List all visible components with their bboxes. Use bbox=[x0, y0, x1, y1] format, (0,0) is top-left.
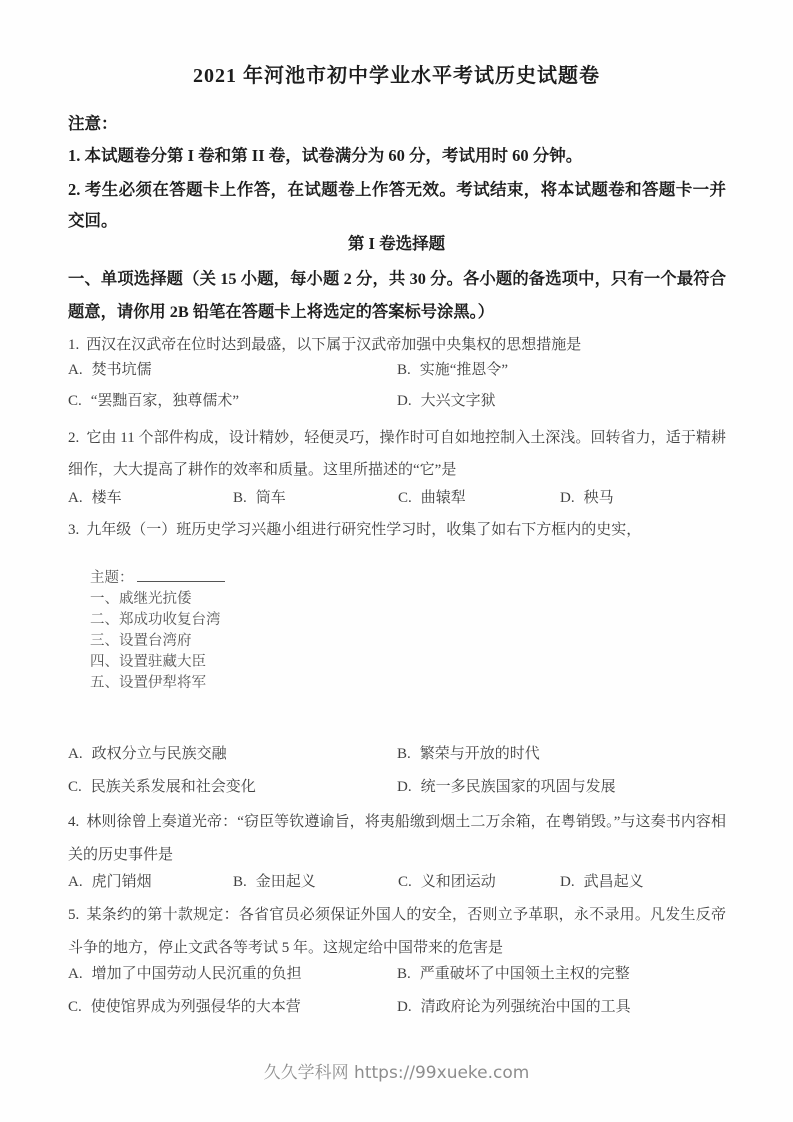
question-5-option-a: A.增加了中国劳动人民沉重的负担 bbox=[68, 963, 397, 985]
question-1-option-a: A.焚书坑儒 bbox=[68, 359, 397, 381]
question-4-text: 林则徐曾上奏道光帝：“窃臣等钦遵谕旨，将夷船缴到烟土二万余箱，在粤销毁。”与这奏… bbox=[68, 814, 726, 863]
option-text: 武昌起义 bbox=[584, 874, 644, 890]
option-label: B. bbox=[397, 966, 411, 982]
option-text: 楼车 bbox=[92, 490, 122, 506]
option-label: A. bbox=[68, 490, 83, 506]
notice-item-2: 2. 考生必须在答题卡上作答，在试题卷上作答无效。考试结束，将本试题卷和答题卡一… bbox=[68, 174, 726, 236]
question-4-number: 4. bbox=[68, 814, 79, 830]
question-4-option-a: A.虎门销烟 bbox=[68, 871, 233, 893]
option-label: C. bbox=[68, 779, 82, 795]
question-1-stem: 1.西汉在汉武帝在位时达到最盛，以下属于汉武帝加强中央集权的思想措施是 bbox=[68, 329, 726, 361]
option-label: D. bbox=[397, 999, 412, 1015]
question-5-options-row-2: C.使使馆界成为列强侵华的大本营 D.清政府论为列强统治中国的工具 bbox=[68, 996, 726, 1018]
question-5-option-c: C.使使馆界成为列强侵华的大本营 bbox=[68, 996, 397, 1018]
question-2-text: 它由 11 个部件构成，设计精妙，轻便灵巧，操作时可自如地控制入土深浅。回转省力… bbox=[68, 430, 726, 478]
question-3-stem: 3.九年级（一）班历史学习兴趣小组进行研究性学习时，收集了如右下方框内的史实， bbox=[68, 514, 726, 546]
question-3-option-b: B.繁荣与开放的时代 bbox=[397, 743, 726, 765]
fact-item-4: 四、设置驻藏大臣 bbox=[90, 652, 450, 673]
option-label: D. bbox=[397, 393, 412, 409]
page-title: 2021 年河池市初中学业水平考试历史试题卷 bbox=[0, 62, 793, 90]
option-label: B. bbox=[397, 362, 411, 378]
option-text: 虎门销烟 bbox=[92, 874, 152, 890]
question-3-option-c: C.民族关系发展和社会变化 bbox=[68, 776, 397, 798]
question-4-option-b: B.金田起义 bbox=[233, 871, 398, 893]
fact-box-theme-row: 主题： bbox=[90, 566, 450, 589]
option-label: C. bbox=[68, 999, 82, 1015]
option-text: 金田起义 bbox=[256, 874, 316, 890]
option-label: C. bbox=[398, 490, 412, 506]
fact-item-5: 五、设置伊犁将军 bbox=[90, 673, 450, 694]
option-text: 焚书坑儒 bbox=[92, 362, 152, 378]
section-1-heading: 第 I 卷选择题 bbox=[0, 232, 793, 256]
question-5-option-d: D.清政府论为列强统治中国的工具 bbox=[397, 996, 726, 1018]
fact-item-2: 二、郑成功收复台湾 bbox=[90, 610, 450, 631]
option-text: “罢黜百家，独尊儒术” bbox=[91, 393, 239, 409]
option-text: 清政府论为列强统治中国的工具 bbox=[421, 999, 631, 1015]
option-label: D. bbox=[560, 874, 575, 890]
question-5-option-b: B.严重破坏了中国领土主权的完整 bbox=[397, 963, 726, 985]
option-text: 曲辕犁 bbox=[421, 490, 466, 506]
question-2-stem: 2.它由 11 个部件构成，设计精妙，轻便灵巧，操作时可自如地控制入土深浅。回转… bbox=[68, 422, 726, 486]
option-text: 政权分立与民族交融 bbox=[92, 746, 227, 762]
option-text: 使使馆界成为列强侵华的大本营 bbox=[91, 999, 301, 1015]
option-label: D. bbox=[560, 490, 575, 506]
theme-blank-underline bbox=[137, 566, 225, 582]
option-label: B. bbox=[397, 746, 411, 762]
question-1-options-row-2: C.“罢黜百家，独尊儒术” D.大兴文字狱 bbox=[68, 390, 726, 412]
question-3-number: 3. bbox=[68, 522, 79, 538]
question-3-option-a: A.政权分立与民族交融 bbox=[68, 743, 397, 765]
question-1-option-b: B.实施“推恩令” bbox=[397, 359, 726, 381]
section-1-intro: 一、单项选择题（关 15 小题，每小题 2 分，共 30 分。各小题的备选项中，… bbox=[68, 262, 726, 328]
question-3-text: 九年级（一）班历史学习兴趣小组进行研究性学习时，收集了如右下方框内的史实， bbox=[86, 522, 641, 538]
question-4-stem: 4.林则徐曾上奏道光帝：“窃臣等钦遵谕旨，将夷船缴到烟土二万余箱，在粤销毁。”与… bbox=[68, 806, 726, 872]
question-2-option-a: A.楼车 bbox=[68, 487, 233, 509]
exam-paper-page: 2021 年河池市初中学业水平考试历史试题卷 注意： 1. 本试题卷分第 I 卷… bbox=[0, 0, 793, 1122]
option-label: B. bbox=[233, 874, 247, 890]
option-label: C. bbox=[68, 393, 82, 409]
question-5-text: 某条约的第十款规定：各省官员必须保证外国人的安全，否则立予革职，永不录用。凡发生… bbox=[68, 907, 726, 956]
fact-item-1: 一、戚继光抗倭 bbox=[90, 589, 450, 610]
option-label: A. bbox=[68, 746, 83, 762]
site-watermark: 久久学科网 https://99xueke.com bbox=[0, 1060, 793, 1086]
option-text: 统一多民族国家的巩固与发展 bbox=[421, 779, 616, 795]
fact-item-3: 三、设置台湾府 bbox=[90, 631, 450, 652]
question-1-text: 西汉在汉武帝在位时达到最盛，以下属于汉武帝加强中央集权的思想措施是 bbox=[86, 337, 581, 353]
notice-item-1: 1. 本试题卷分第 I 卷和第 II 卷，试卷满分为 60 分，考试用时 60 … bbox=[68, 140, 726, 171]
option-text: 筒车 bbox=[256, 490, 286, 506]
notice-label: 注意： bbox=[68, 108, 726, 139]
question-2-options-row: A.楼车 B.筒车 C.曲辕犁 D.秧马 bbox=[68, 487, 726, 509]
question-3-option-d: D.统一多民族国家的巩固与发展 bbox=[397, 776, 726, 798]
question-1-option-c: C.“罢黜百家，独尊儒术” bbox=[68, 390, 397, 412]
question-4-option-d: D.武昌起义 bbox=[560, 871, 726, 893]
question-4-options-row: A.虎门销烟 B.金田起义 C.义和团运动 D.武昌起义 bbox=[68, 871, 726, 893]
option-label: B. bbox=[233, 490, 247, 506]
question-5-number: 5. bbox=[68, 907, 79, 923]
question-1-options-row-1: A.焚书坑儒 B.实施“推恩令” bbox=[68, 359, 726, 381]
option-text: 大兴文字狱 bbox=[421, 393, 496, 409]
question-3-fact-box: 主题： 一、戚继光抗倭 二、郑成功收复台湾 三、设置台湾府 四、设置驻藏大臣 五… bbox=[90, 566, 450, 694]
question-1-number: 1. bbox=[68, 337, 79, 353]
fact-box-theme-label: 主题： bbox=[90, 570, 134, 586]
question-3-options-row-1: A.政权分立与民族交融 B.繁荣与开放的时代 bbox=[68, 743, 726, 765]
option-label: A. bbox=[68, 362, 83, 378]
option-text: 繁荣与开放的时代 bbox=[420, 746, 540, 762]
question-2-number: 2. bbox=[68, 430, 79, 446]
question-3-options-row-2: C.民族关系发展和社会变化 D.统一多民族国家的巩固与发展 bbox=[68, 776, 726, 798]
option-label: D. bbox=[397, 779, 412, 795]
option-text: 实施“推恩令” bbox=[420, 362, 508, 378]
option-label: A. bbox=[68, 874, 83, 890]
option-text: 秧马 bbox=[584, 490, 614, 506]
option-label: A. bbox=[68, 966, 83, 982]
question-2-option-b: B.筒车 bbox=[233, 487, 398, 509]
question-2-option-c: C.曲辕犁 bbox=[398, 487, 560, 509]
option-text: 严重破坏了中国领土主权的完整 bbox=[420, 966, 630, 982]
question-5-options-row-1: A.增加了中国劳动人民沉重的负担 B.严重破坏了中国领土主权的完整 bbox=[68, 963, 726, 985]
option-text: 民族关系发展和社会变化 bbox=[91, 779, 256, 795]
option-label: C. bbox=[398, 874, 412, 890]
option-text: 义和团运动 bbox=[421, 874, 496, 890]
option-text: 增加了中国劳动人民沉重的负担 bbox=[92, 966, 302, 982]
question-5-stem: 5.某条约的第十款规定：各省官员必须保证外国人的安全，否则立予革职，永不录用。凡… bbox=[68, 899, 726, 965]
question-1-option-d: D.大兴文字狱 bbox=[397, 390, 726, 412]
question-4-option-c: C.义和团运动 bbox=[398, 871, 560, 893]
question-2-option-d: D.秧马 bbox=[560, 487, 726, 509]
